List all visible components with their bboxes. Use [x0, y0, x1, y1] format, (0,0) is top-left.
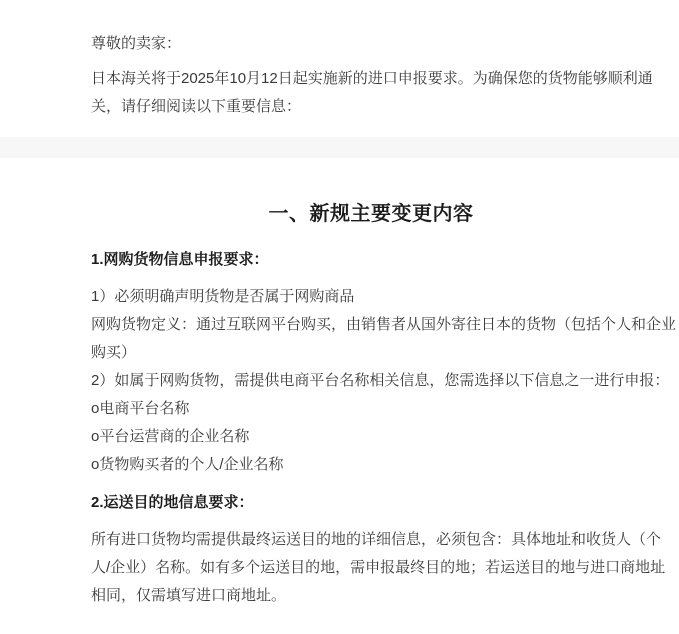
requirement-point-1: 1）必须明确声明货物是否属于网购商品: [91, 283, 651, 311]
customs-notice-page: 尊敬的卖家： 日本海关将于2025年10月12日起实施新的进口申报要求。为确保您…: [0, 0, 679, 634]
intro-block: 尊敬的卖家： 日本海关将于2025年10月12日起实施新的进口申报要求。为确保您…: [0, 30, 679, 121]
requirement-point-2: 2）如属于网购货物，需提供电商平台名称相关信息，您需选择以下信息之一进行申报：: [91, 367, 651, 395]
section-divider-bar: [0, 137, 679, 158]
definition-paragraph: 网购货物定义：通过互联网平台购买，由销售者从国外寄往日本的货物（包括个人和企业 …: [91, 311, 651, 367]
salutation: 尊敬的卖家：: [91, 30, 651, 58]
option-item: o平台运营商的企业名称: [91, 423, 651, 451]
destination-line: 人/企业）名称。如有多个运送目的地，需申报最终目的地；若运送目的地与进口商地址: [91, 554, 651, 582]
intro-line: 日本海关将于2025年10月12日起实施新的进口申报要求。为确保您的货物能够顺利…: [91, 65, 651, 93]
subsection-1-title: 1.网购货物信息申报要求：: [91, 246, 651, 274]
subsection-2-title: 2.运送目的地信息要求：: [91, 489, 651, 517]
main-content: 一、新规主要变更内容 1.网购货物信息申报要求： 1）必须明确声明货物是否属于网…: [0, 200, 679, 610]
definition-line: 网购货物定义：通过互联网平台购买，由销售者从国外寄往日本的货物（包括个人和企业: [91, 311, 651, 339]
destination-line: 相同，仅需填写进口商地址。: [91, 582, 651, 610]
declaration-options-list: o电商平台名称 o平台运营商的企业名称 o货物购买者的个人/企业名称: [91, 395, 651, 479]
section-heading: 一、新规主要变更内容: [91, 200, 651, 228]
destination-line: 所有进口货物均需提供最终运送目的地的详细信息，必须包含：具体地址和收货人（个: [91, 526, 651, 554]
option-item: o电商平台名称: [91, 395, 651, 423]
destination-paragraph: 所有进口货物均需提供最终运送目的地的详细信息，必须包含：具体地址和收货人（个 人…: [91, 526, 651, 610]
intro-paragraph: 日本海关将于2025年10月12日起实施新的进口申报要求。为确保您的货物能够顺利…: [91, 65, 651, 121]
option-item: o货物购买者的个人/企业名称: [91, 451, 651, 479]
definition-line: 购买）: [91, 339, 651, 367]
intro-line: 关，请仔细阅读以下重要信息：: [91, 93, 651, 121]
